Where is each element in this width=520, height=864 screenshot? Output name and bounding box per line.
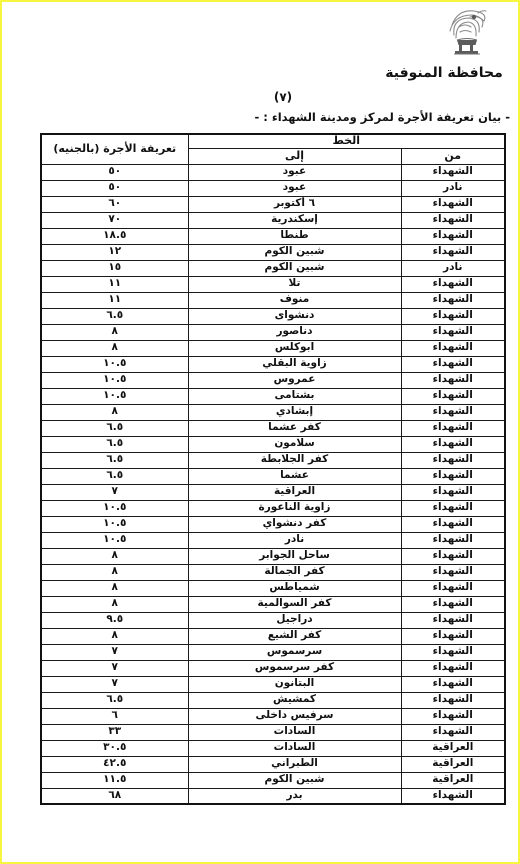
cell-fare: ١٠.٥ — [41, 372, 188, 388]
cell-to: كفر دنشواي — [188, 516, 401, 532]
cell-from: الشهداء — [401, 212, 505, 228]
table-row: الشهداء السادات ٣٣ — [41, 724, 505, 740]
page-number: (٧) — [248, 90, 318, 104]
egypt-eagle-emblem-icon — [434, 5, 498, 63]
cell-to: نادر — [188, 532, 401, 548]
cell-fare: ٨ — [41, 404, 188, 420]
table-row: الشهداء سلامون ٦.٥ — [41, 436, 505, 452]
cell-fare: ٨ — [41, 628, 188, 644]
table-row: العراقية السادات ٣٠.٥ — [41, 740, 505, 756]
table-row: نادر عبود ٥٠ — [41, 180, 505, 196]
table-row: الشهداء البتانون ٧ — [41, 676, 505, 692]
cell-to: إسكندرية — [188, 212, 401, 228]
cell-fare: ٨ — [41, 324, 188, 340]
table-row: الشهداء سرسموس ٧ — [41, 644, 505, 660]
cell-fare: ٥٠ — [41, 180, 188, 196]
cell-from: الشهداء — [401, 244, 505, 260]
cell-from: الشهداء — [401, 660, 505, 676]
cell-to: ٦ أكتوبر — [188, 196, 401, 212]
cell-to: طنطا — [188, 228, 401, 244]
table-row: الشهداء دراجيل ٩.٥ — [41, 612, 505, 628]
cell-from: الشهداء — [401, 404, 505, 420]
cell-fare: ١٠.٥ — [41, 356, 188, 372]
cell-to: بشتامى — [188, 388, 401, 404]
cell-fare: ٨ — [41, 548, 188, 564]
table-row: الشهداء دنشواى ٦.٥ — [41, 308, 505, 324]
table-row: الشهداء كفر الجلابطة ٦.٥ — [41, 452, 505, 468]
table-row: الشهداء كفر الجمالة ٨ — [41, 564, 505, 580]
cell-from: الشهداء — [401, 196, 505, 212]
fare-table-body: الشهداء عبود ٥٠ نادر عبود ٥٠ الشهداء ٦ أ… — [41, 164, 505, 804]
cell-fare: ١٠.٥ — [41, 500, 188, 516]
table-row: الشهداء تلا ١١ — [41, 276, 505, 292]
cell-from: الشهداء — [401, 548, 505, 564]
fare-table: الخط تعريفة الأجرة (بالجنيه) من إلى الشه… — [40, 133, 506, 805]
cell-to: زاوية البقلي — [188, 356, 401, 372]
cell-to: عبود — [188, 164, 401, 180]
cell-from: الشهداء — [401, 692, 505, 708]
cell-to: سرسموس — [188, 644, 401, 660]
cell-to: السادات — [188, 724, 401, 740]
cell-from: العراقية — [401, 740, 505, 756]
cell-fare: ٦ — [41, 708, 188, 724]
cell-from: الشهداء — [401, 500, 505, 516]
table-row: الشهداء طنطا ١٨.٥ — [41, 228, 505, 244]
table-row: الشهداء كفر عشما ٦.٥ — [41, 420, 505, 436]
cell-to: عبود — [188, 180, 401, 196]
cell-to: كفر سرسموس — [188, 660, 401, 676]
table-row: الشهداء زاوية البقلي ١٠.٥ — [41, 356, 505, 372]
header-to: إلى — [188, 148, 401, 164]
cell-fare: ٦٠ — [41, 196, 188, 212]
table-row: الشهداء بشتامى ١٠.٥ — [41, 388, 505, 404]
cell-from: الشهداء — [401, 356, 505, 372]
table-row: الشهداء كفر دنشواي ١٠.٥ — [41, 516, 505, 532]
cell-from: الشهداء — [401, 324, 505, 340]
cell-fare: ٧ — [41, 484, 188, 500]
cell-from: الشهداء — [401, 596, 505, 612]
cell-to: شمياطس — [188, 580, 401, 596]
cell-fare: ٨ — [41, 580, 188, 596]
cell-fare: ٦.٥ — [41, 420, 188, 436]
cell-fare: ١١ — [41, 276, 188, 292]
table-row: نادر شبين الكوم ١٥ — [41, 260, 505, 276]
cell-from: الشهداء — [401, 580, 505, 596]
header-line: الخط — [188, 134, 505, 148]
cell-to: منوف — [188, 292, 401, 308]
cell-to: الطبراني — [188, 756, 401, 772]
table-row: الشهداء سرفيس داخلى ٦ — [41, 708, 505, 724]
cell-to: دراجيل — [188, 612, 401, 628]
cell-from: الشهداء — [401, 676, 505, 692]
cell-to: العراقية — [188, 484, 401, 500]
cell-from: الشهداء — [401, 164, 505, 180]
cell-fare: ١٨.٥ — [41, 228, 188, 244]
table-row: الشهداء ٦ أكتوبر ٦٠ — [41, 196, 505, 212]
table-row: الشهداء عشما ٦.٥ — [41, 468, 505, 484]
cell-from: الشهداء — [401, 788, 505, 804]
cell-to: كفر الشيع — [188, 628, 401, 644]
cell-from: الشهداء — [401, 228, 505, 244]
table-row: الشهداء دناصور ٨ — [41, 324, 505, 340]
cell-from: العراقية — [401, 772, 505, 788]
table-row: الشهداء كمشيش ٦.٥ — [41, 692, 505, 708]
cell-fare: ١١.٥ — [41, 772, 188, 788]
cell-fare: ٤٢.٥ — [41, 756, 188, 772]
table-row: الشهداء إسكندرية ٧٠ — [41, 212, 505, 228]
table-row: العراقية الطبراني ٤٢.٥ — [41, 756, 505, 772]
cell-from: الشهداء — [401, 708, 505, 724]
cell-fare: ١٠.٥ — [41, 516, 188, 532]
cell-to: كفر السوالمية — [188, 596, 401, 612]
cell-fare: ٦٨ — [41, 788, 188, 804]
cell-fare: ٧ — [41, 676, 188, 692]
cell-fare: ٦.٥ — [41, 436, 188, 452]
cell-from: الشهداء — [401, 644, 505, 660]
cell-to: عشما — [188, 468, 401, 484]
cell-to: بدر — [188, 788, 401, 804]
cell-to: تلا — [188, 276, 401, 292]
cell-from: الشهداء — [401, 532, 505, 548]
cell-from: العراقية — [401, 756, 505, 772]
cell-to: زاوية الناعورة — [188, 500, 401, 516]
cell-fare: ٦.٥ — [41, 308, 188, 324]
cell-from: نادر — [401, 260, 505, 276]
cell-fare: ٨ — [41, 564, 188, 580]
cell-to: كفر الجمالة — [188, 564, 401, 580]
table-row: الشهداء شبين الكوم ١٢ — [41, 244, 505, 260]
cell-fare: ٥٠ — [41, 164, 188, 180]
cell-to: إبشادي — [188, 404, 401, 420]
cell-fare: ١١ — [41, 292, 188, 308]
cell-from: الشهداء — [401, 372, 505, 388]
cell-from: الشهداء — [401, 564, 505, 580]
table-row: الشهداء كفر الشيع ٨ — [41, 628, 505, 644]
cell-from: الشهداء — [401, 276, 505, 292]
cell-fare: ١٥ — [41, 260, 188, 276]
cell-fare: ١٠.٥ — [41, 388, 188, 404]
cell-from: الشهداء — [401, 452, 505, 468]
table-row: الشهداء كفر السوالمية ٨ — [41, 596, 505, 612]
cell-to: دنشواى — [188, 308, 401, 324]
cell-to: ابوكلس — [188, 340, 401, 356]
cell-from: الشهداء — [401, 484, 505, 500]
cell-fare: ١٢ — [41, 244, 188, 260]
table-row: الشهداء منوف ١١ — [41, 292, 505, 308]
cell-to: دناصور — [188, 324, 401, 340]
cell-from: نادر — [401, 180, 505, 196]
cell-to: ساحل الجوابر — [188, 548, 401, 564]
fare-table-header: الخط تعريفة الأجرة (بالجنيه) من إلى — [41, 134, 505, 164]
cell-to: شبين الكوم — [188, 772, 401, 788]
cell-to: شبين الكوم — [188, 260, 401, 276]
cell-to: كمشيش — [188, 692, 401, 708]
cell-fare: ٨ — [41, 596, 188, 612]
cell-from: الشهداء — [401, 340, 505, 356]
table-row: الشهداء العراقية ٧ — [41, 484, 505, 500]
cell-fare: ٣٠.٥ — [41, 740, 188, 756]
cell-from: الشهداء — [401, 388, 505, 404]
table-row: الشهداء شمياطس ٨ — [41, 580, 505, 596]
cell-fare: ٨ — [41, 340, 188, 356]
cell-fare: ٦.٥ — [41, 468, 188, 484]
cell-from: الشهداء — [401, 628, 505, 644]
cell-from: الشهداء — [401, 436, 505, 452]
cell-fare: ٩.٥ — [41, 612, 188, 628]
cell-to: كفر الجلابطة — [188, 452, 401, 468]
cell-to: عمروس — [188, 372, 401, 388]
cell-to: سلامون — [188, 436, 401, 452]
cell-to: البتانون — [188, 676, 401, 692]
table-row: الشهداء كفر سرسموس ٧ — [41, 660, 505, 676]
cell-to: شبين الكوم — [188, 244, 401, 260]
table-row: الشهداء عبود ٥٠ — [41, 164, 505, 180]
table-row: العراقية شبين الكوم ١١.٥ — [41, 772, 505, 788]
governorate-name: محافظة المنوفية — [384, 65, 504, 81]
cell-from: الشهداء — [401, 516, 505, 532]
cell-fare: ٧ — [41, 644, 188, 660]
table-row: الشهداء زاوية الناعورة ١٠.٥ — [41, 500, 505, 516]
cell-fare: ٣٣ — [41, 724, 188, 740]
cell-from: الشهداء — [401, 724, 505, 740]
cell-fare: ١٠.٥ — [41, 532, 188, 548]
cell-fare: ٦.٥ — [41, 452, 188, 468]
header-fare: تعريفة الأجرة (بالجنيه) — [41, 134, 188, 164]
table-row: الشهداء عمروس ١٠.٥ — [41, 372, 505, 388]
document-page: محافظة المنوفية (٧) - بيان تعريفة الأجرة… — [0, 0, 520, 864]
table-row: الشهداء إبشادي ٨ — [41, 404, 505, 420]
table-row: الشهداء بدر ٦٨ — [41, 788, 505, 804]
cell-from: الشهداء — [401, 612, 505, 628]
cell-from: الشهداء — [401, 420, 505, 436]
cell-fare: ٦.٥ — [41, 692, 188, 708]
table-row: الشهداء ساحل الجوابر ٨ — [41, 548, 505, 564]
cell-to: كفر عشما — [188, 420, 401, 436]
cell-fare: ٧ — [41, 660, 188, 676]
table-row: الشهداء ابوكلس ٨ — [41, 340, 505, 356]
cell-to: سرفيس داخلى — [188, 708, 401, 724]
table-row: الشهداء نادر ١٠.٥ — [41, 532, 505, 548]
document-title: - بيان تعريفة الأجرة لمركز ومدينة الشهدا… — [10, 110, 510, 124]
header-from: من — [401, 148, 505, 164]
cell-to: السادات — [188, 740, 401, 756]
cell-from: الشهداء — [401, 308, 505, 324]
cell-from: الشهداء — [401, 468, 505, 484]
cell-from: الشهداء — [401, 292, 505, 308]
cell-fare: ٧٠ — [41, 212, 188, 228]
